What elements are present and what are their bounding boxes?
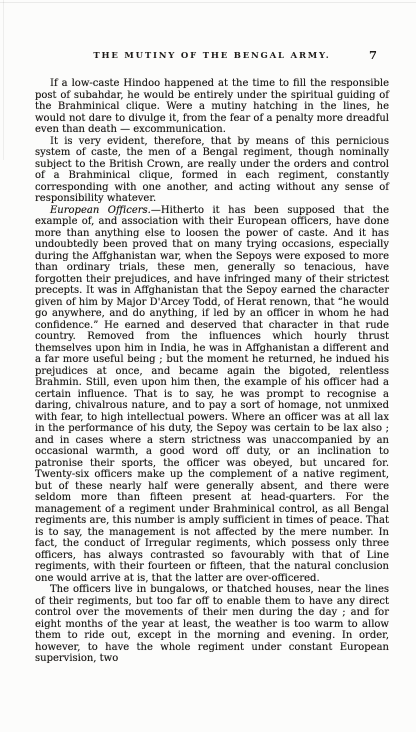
paragraph-text: It is very evident, therefore, that by m… — [35, 136, 389, 205]
paragraph: The officers live in bungalows, or thatc… — [35, 584, 389, 665]
page-body: If a low-caste Hindoo happened at the ti… — [35, 78, 389, 665]
paragraph: European Officers.—Hitherto it has been … — [35, 205, 389, 585]
page-number: 7 — [369, 48, 377, 62]
paragraph-text: —Hitherto it has been supposed that the … — [35, 205, 389, 584]
scan-edge-artifact — [0, 2, 416, 3]
running-title: THE MUTINY OF THE BENGAL ARMY. — [35, 51, 389, 61]
paragraph: It is very evident, therefore, that by m… — [35, 136, 389, 205]
paragraph: If a low-caste Hindoo happened at the ti… — [35, 78, 389, 136]
scan-edge-artifact — [3, 0, 4, 160]
paragraph-text: The officers live in bungalows, or thatc… — [35, 584, 389, 664]
scanned-book-page: THE MUTINY OF THE BENGAL ARMY. 7 If a lo… — [0, 0, 416, 732]
running-header: THE MUTINY OF THE BENGAL ARMY. 7 — [35, 51, 389, 67]
paragraph-text: If a low-caste Hindoo happened at the ti… — [35, 78, 389, 135]
paragraph-lead-italic: European Officers. — [50, 205, 151, 216]
